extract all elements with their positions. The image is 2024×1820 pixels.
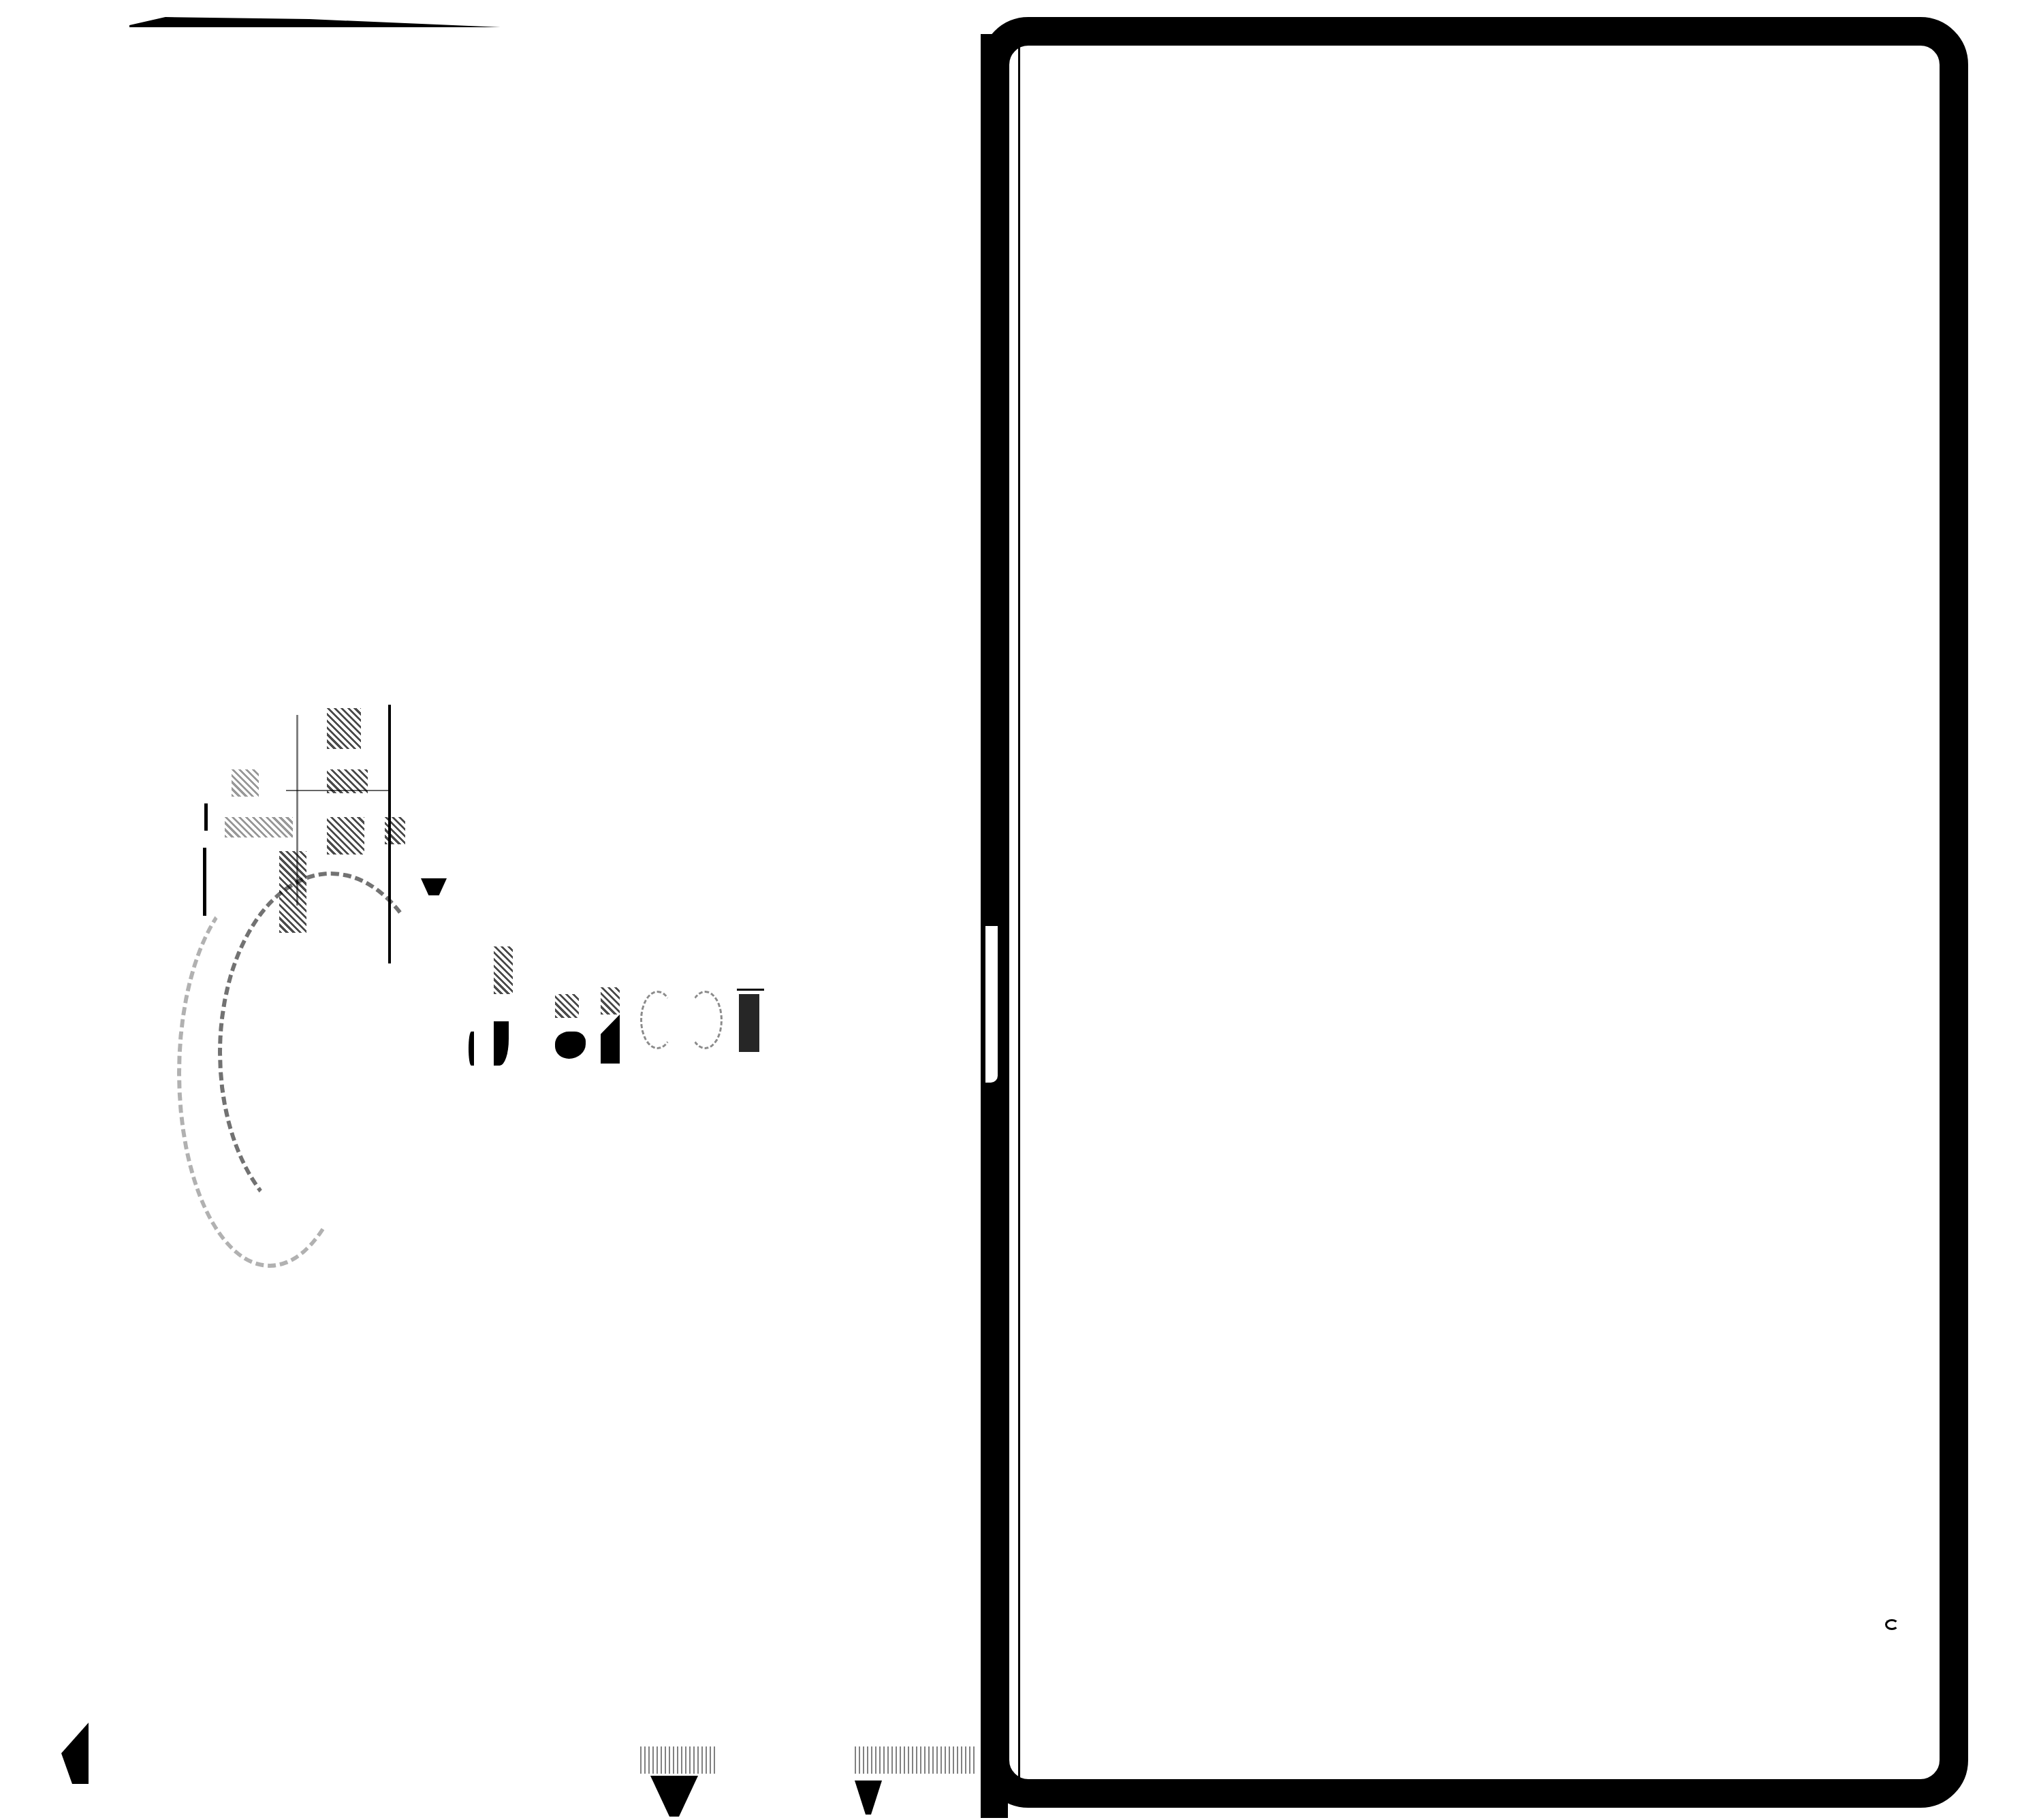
- ornament-icon: [136, 701, 477, 1137]
- right-foot-icon: [855, 1781, 882, 1815]
- small-mark-icon: [1885, 1619, 1899, 1630]
- cover-inner-line: [1018, 48, 1020, 1791]
- right-foot-plate: [855, 1746, 977, 1774]
- right-cover-frame: [981, 17, 1968, 1808]
- left-foot-plate: [640, 1746, 715, 1774]
- left-page-corner-tab: [61, 1723, 89, 1784]
- spine-notch: [985, 926, 998, 1083]
